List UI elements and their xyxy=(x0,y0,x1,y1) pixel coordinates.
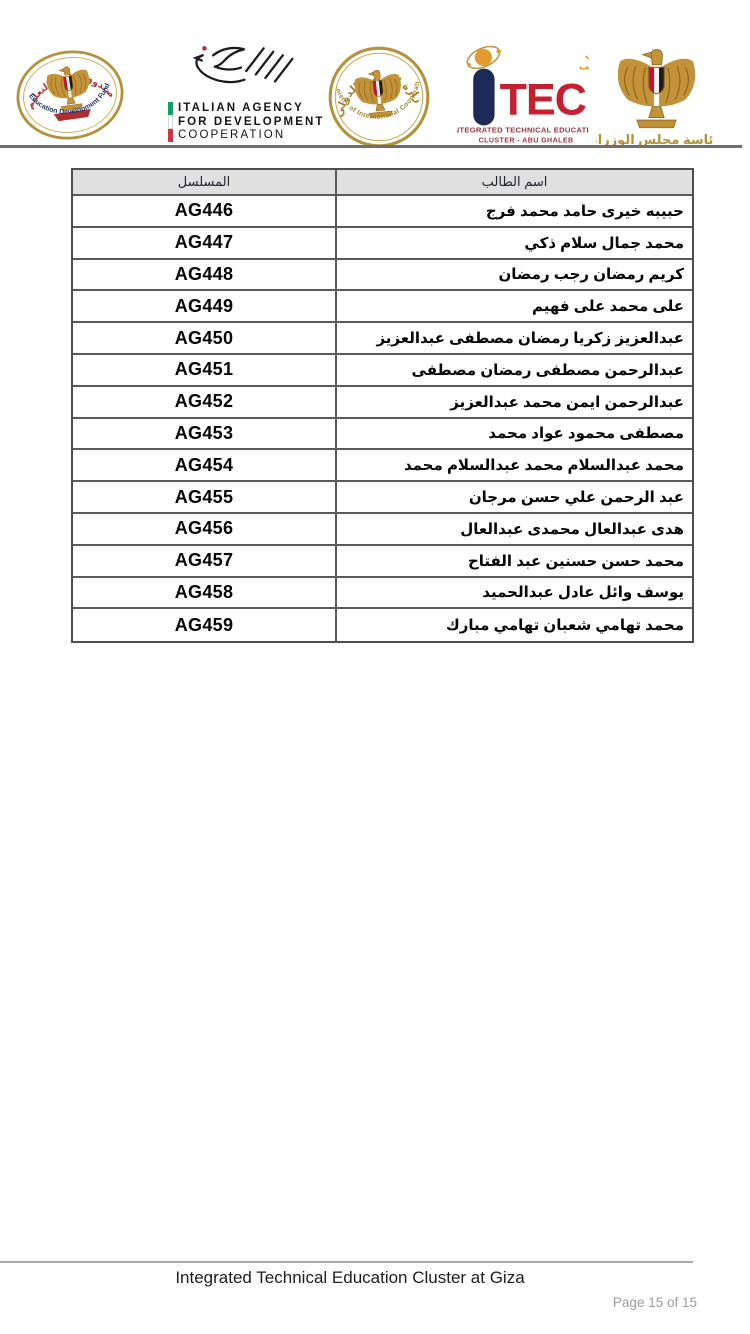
serial-value: AG453 xyxy=(175,423,234,444)
aics-logo: ITALIAN AGENCY FOR DEVELOPMENT COOPERATI… xyxy=(166,40,312,144)
name-cell: محمد عبدالسلام محمد عبدالسلام محمد xyxy=(337,450,692,480)
serial-cell: AG459 xyxy=(73,609,337,641)
serial-value: AG456 xyxy=(175,518,234,539)
student-name: مصطفى محمود عواد محمد xyxy=(488,424,684,442)
serial-cell: AG446 xyxy=(73,196,337,226)
edf-logo: صندوق تطوير التعليم Education Developmen… xyxy=(14,48,126,142)
itec-sub-line1: INTEGRATED TECHNICAL EDUCATION xyxy=(457,126,589,135)
student-name: عبد الرحمن علي حسن مرجان xyxy=(469,488,684,506)
serial-value: AG454 xyxy=(175,455,234,476)
serial-column-header: المسلسل xyxy=(73,170,337,194)
aics-line2: FOR DEVELOPMENT xyxy=(178,116,325,129)
table-row: AG448 كريم رمضان رجب رمضان xyxy=(73,260,692,292)
serial-value: AG449 xyxy=(175,296,234,317)
student-name: يوسف وائل عادل عبدالحميد xyxy=(482,583,684,601)
serial-cell: AG447 xyxy=(73,228,337,258)
serial-cell: AG448 xyxy=(73,260,337,290)
name-cell: عبدالرحمن ايمن محمد عبدالعزيز xyxy=(337,387,692,417)
edf-seal-icon: صندوق تطوير التعليم Education Developmen… xyxy=(8,41,132,150)
student-name: محمد جمال سلام ذكي xyxy=(524,234,684,252)
table-row: AG453 مصطفى محمود عواد محمد xyxy=(73,419,692,451)
itec-arabic-line1: مجمع التعليم التكنولوجي xyxy=(585,49,589,60)
student-name: هدى عبدالعال محمدى عبدالعال xyxy=(460,520,684,538)
serial-cell: AG453 xyxy=(73,419,337,449)
eagle-icon xyxy=(618,50,695,128)
table-body: AG446 حبيبه خيرى حامد محمد فرج AG447 محم… xyxy=(73,196,692,641)
serial-cell: AG451 xyxy=(73,355,337,385)
table-row: AG451 عبدالرحمن مصطفى رمضان مصطفى xyxy=(73,355,692,387)
serial-value: AG455 xyxy=(175,487,234,508)
itec-sub-line2: CLUSTER - ABU GHALEB xyxy=(479,137,574,145)
page-number: Page 15 of 15 xyxy=(613,1295,697,1310)
footer-divider xyxy=(0,1261,693,1263)
student-name: على محمد على فهيم xyxy=(532,297,684,315)
serial-cell: AG458 xyxy=(73,578,337,608)
header-divider xyxy=(0,145,742,148)
table-row: AG446 حبيبه خيرى حامد محمد فرج xyxy=(73,196,692,228)
moic-logo: وزارة التعاون الدولي Ministry of Interna… xyxy=(320,45,438,149)
aics-line1: ITALIAN AGENCY xyxy=(178,102,325,115)
student-name: محمد عبدالسلام محمد عبدالسلام محمد xyxy=(404,456,684,474)
name-cell: هدى عبدالعال محمدى عبدالعال xyxy=(337,514,692,544)
serial-value: AG450 xyxy=(175,328,234,349)
name-cell: يوسف وائل عادل عبدالحميد xyxy=(337,578,692,608)
name-column-header: اسم الطالب xyxy=(337,170,692,194)
serial-cell: AG454 xyxy=(73,450,337,480)
document-page: صندوق تطوير التعليم Education Developmen… xyxy=(0,0,750,1334)
table-row: AG456 هدى عبدالعال محمدى عبدالعال xyxy=(73,514,692,546)
student-name: عبدالرحمن مصطفى رمضان مصطفى xyxy=(412,361,684,379)
cabinet-logo: رئاسة مجلس الوزراء xyxy=(596,46,716,148)
itec-i-pill-icon xyxy=(473,69,494,126)
serial-value: AG447 xyxy=(175,232,234,253)
name-cell: محمد تهامي شعبان تهامي مبارك xyxy=(337,609,692,641)
serial-value: AG448 xyxy=(175,264,234,285)
serial-value: AG457 xyxy=(175,550,234,571)
serial-value: AG458 xyxy=(175,582,234,603)
name-cell: على محمد على فهيم xyxy=(337,291,692,321)
table-row: AG449 على محمد على فهيم xyxy=(73,291,692,323)
table-row: AG447 محمد جمال سلام ذكي xyxy=(73,228,692,260)
name-cell: عبدالرحمن مصطفى رمضان مصطفى xyxy=(337,355,692,385)
serial-value: AG446 xyxy=(175,200,234,221)
itec-wordmark-icon: مجمع التعليم التكنولوجي المتكامل بأبو غا… xyxy=(457,43,589,145)
itec-logo: مجمع التعليم التكنولوجي المتكامل بأبو غا… xyxy=(457,43,589,145)
student-name: محمد تهامي شعبان تهامي مبارك xyxy=(446,616,684,634)
name-cell: مصطفى محمود عواد محمد xyxy=(337,419,692,449)
student-name: حبيبه خيرى حامد محمد فرج xyxy=(486,202,684,220)
table-header-row: المسلسل اسم الطالب xyxy=(73,170,692,196)
table-row: AG450 عبدالعزيز زكريا رمضان مصطفى عبدالع… xyxy=(73,323,692,355)
aics-wordmark: ITALIAN AGENCY FOR DEVELOPMENT COOPERATI… xyxy=(168,102,325,142)
name-cell: حبيبه خيرى حامد محمد فرج xyxy=(337,196,692,226)
dove-icon xyxy=(180,40,302,102)
table-row: AG452 عبدالرحمن ايمن محمد عبدالعزيز xyxy=(73,387,692,419)
moic-seal-icon: وزارة التعاون الدولي Ministry of Interna… xyxy=(315,39,443,155)
italian-flag-icon xyxy=(168,102,173,142)
student-name: عبدالرحمن ايمن محمد عبدالعزيز xyxy=(450,393,684,411)
serial-value: AG452 xyxy=(175,391,234,412)
serial-cell: AG449 xyxy=(73,291,337,321)
table-row: AG458 يوسف وائل عادل عبدالحميد xyxy=(73,578,692,610)
cabinet-eagle-icon: رئاسة مجلس الوزراء xyxy=(596,46,716,148)
table-row: AG455 عبد الرحمن علي حسن مرجان xyxy=(73,482,692,514)
itec-wordmark-text: TEC xyxy=(500,75,587,124)
footer-title: Integrated Technical Education Cluster a… xyxy=(0,1268,700,1288)
name-cell: محمد حسن حسنين عبد الفتاح xyxy=(337,546,692,576)
aics-line3: COOPERATION xyxy=(178,129,325,142)
student-name: عبدالعزيز زكريا رمضان مصطفى عبدالعزيز xyxy=(376,329,684,347)
name-cell: عبد الرحمن علي حسن مرجان xyxy=(337,482,692,512)
name-cell: عبدالعزيز زكريا رمضان مصطفى عبدالعزيز xyxy=(337,323,692,353)
serial-value: AG451 xyxy=(175,359,234,380)
serial-cell: AG455 xyxy=(73,482,337,512)
itec-dot-icon xyxy=(475,49,492,66)
serial-value: AG459 xyxy=(175,615,234,636)
serial-cell: AG457 xyxy=(73,546,337,576)
student-name: محمد حسن حسنين عبد الفتاح xyxy=(468,552,684,570)
itec-arabic-line2: المتكامل بأبو غالب xyxy=(579,60,589,73)
name-cell: كريم رمضان رجب رمضان xyxy=(337,260,692,290)
name-cell: محمد جمال سلام ذكي xyxy=(337,228,692,258)
table-row: AG457 محمد حسن حسنين عبد الفتاح xyxy=(73,546,692,578)
serial-cell: AG450 xyxy=(73,323,337,353)
serial-cell: AG456 xyxy=(73,514,337,544)
students-table: المسلسل اسم الطالب AG446 حبيبه خيرى حامد… xyxy=(71,168,694,643)
table-row: AG459 محمد تهامي شعبان تهامي مبارك xyxy=(73,609,692,641)
table-row: AG454 محمد عبدالسلام محمد عبدالسلام محمد xyxy=(73,450,692,482)
student-name: كريم رمضان رجب رمضان xyxy=(498,265,684,283)
serial-cell: AG452 xyxy=(73,387,337,417)
